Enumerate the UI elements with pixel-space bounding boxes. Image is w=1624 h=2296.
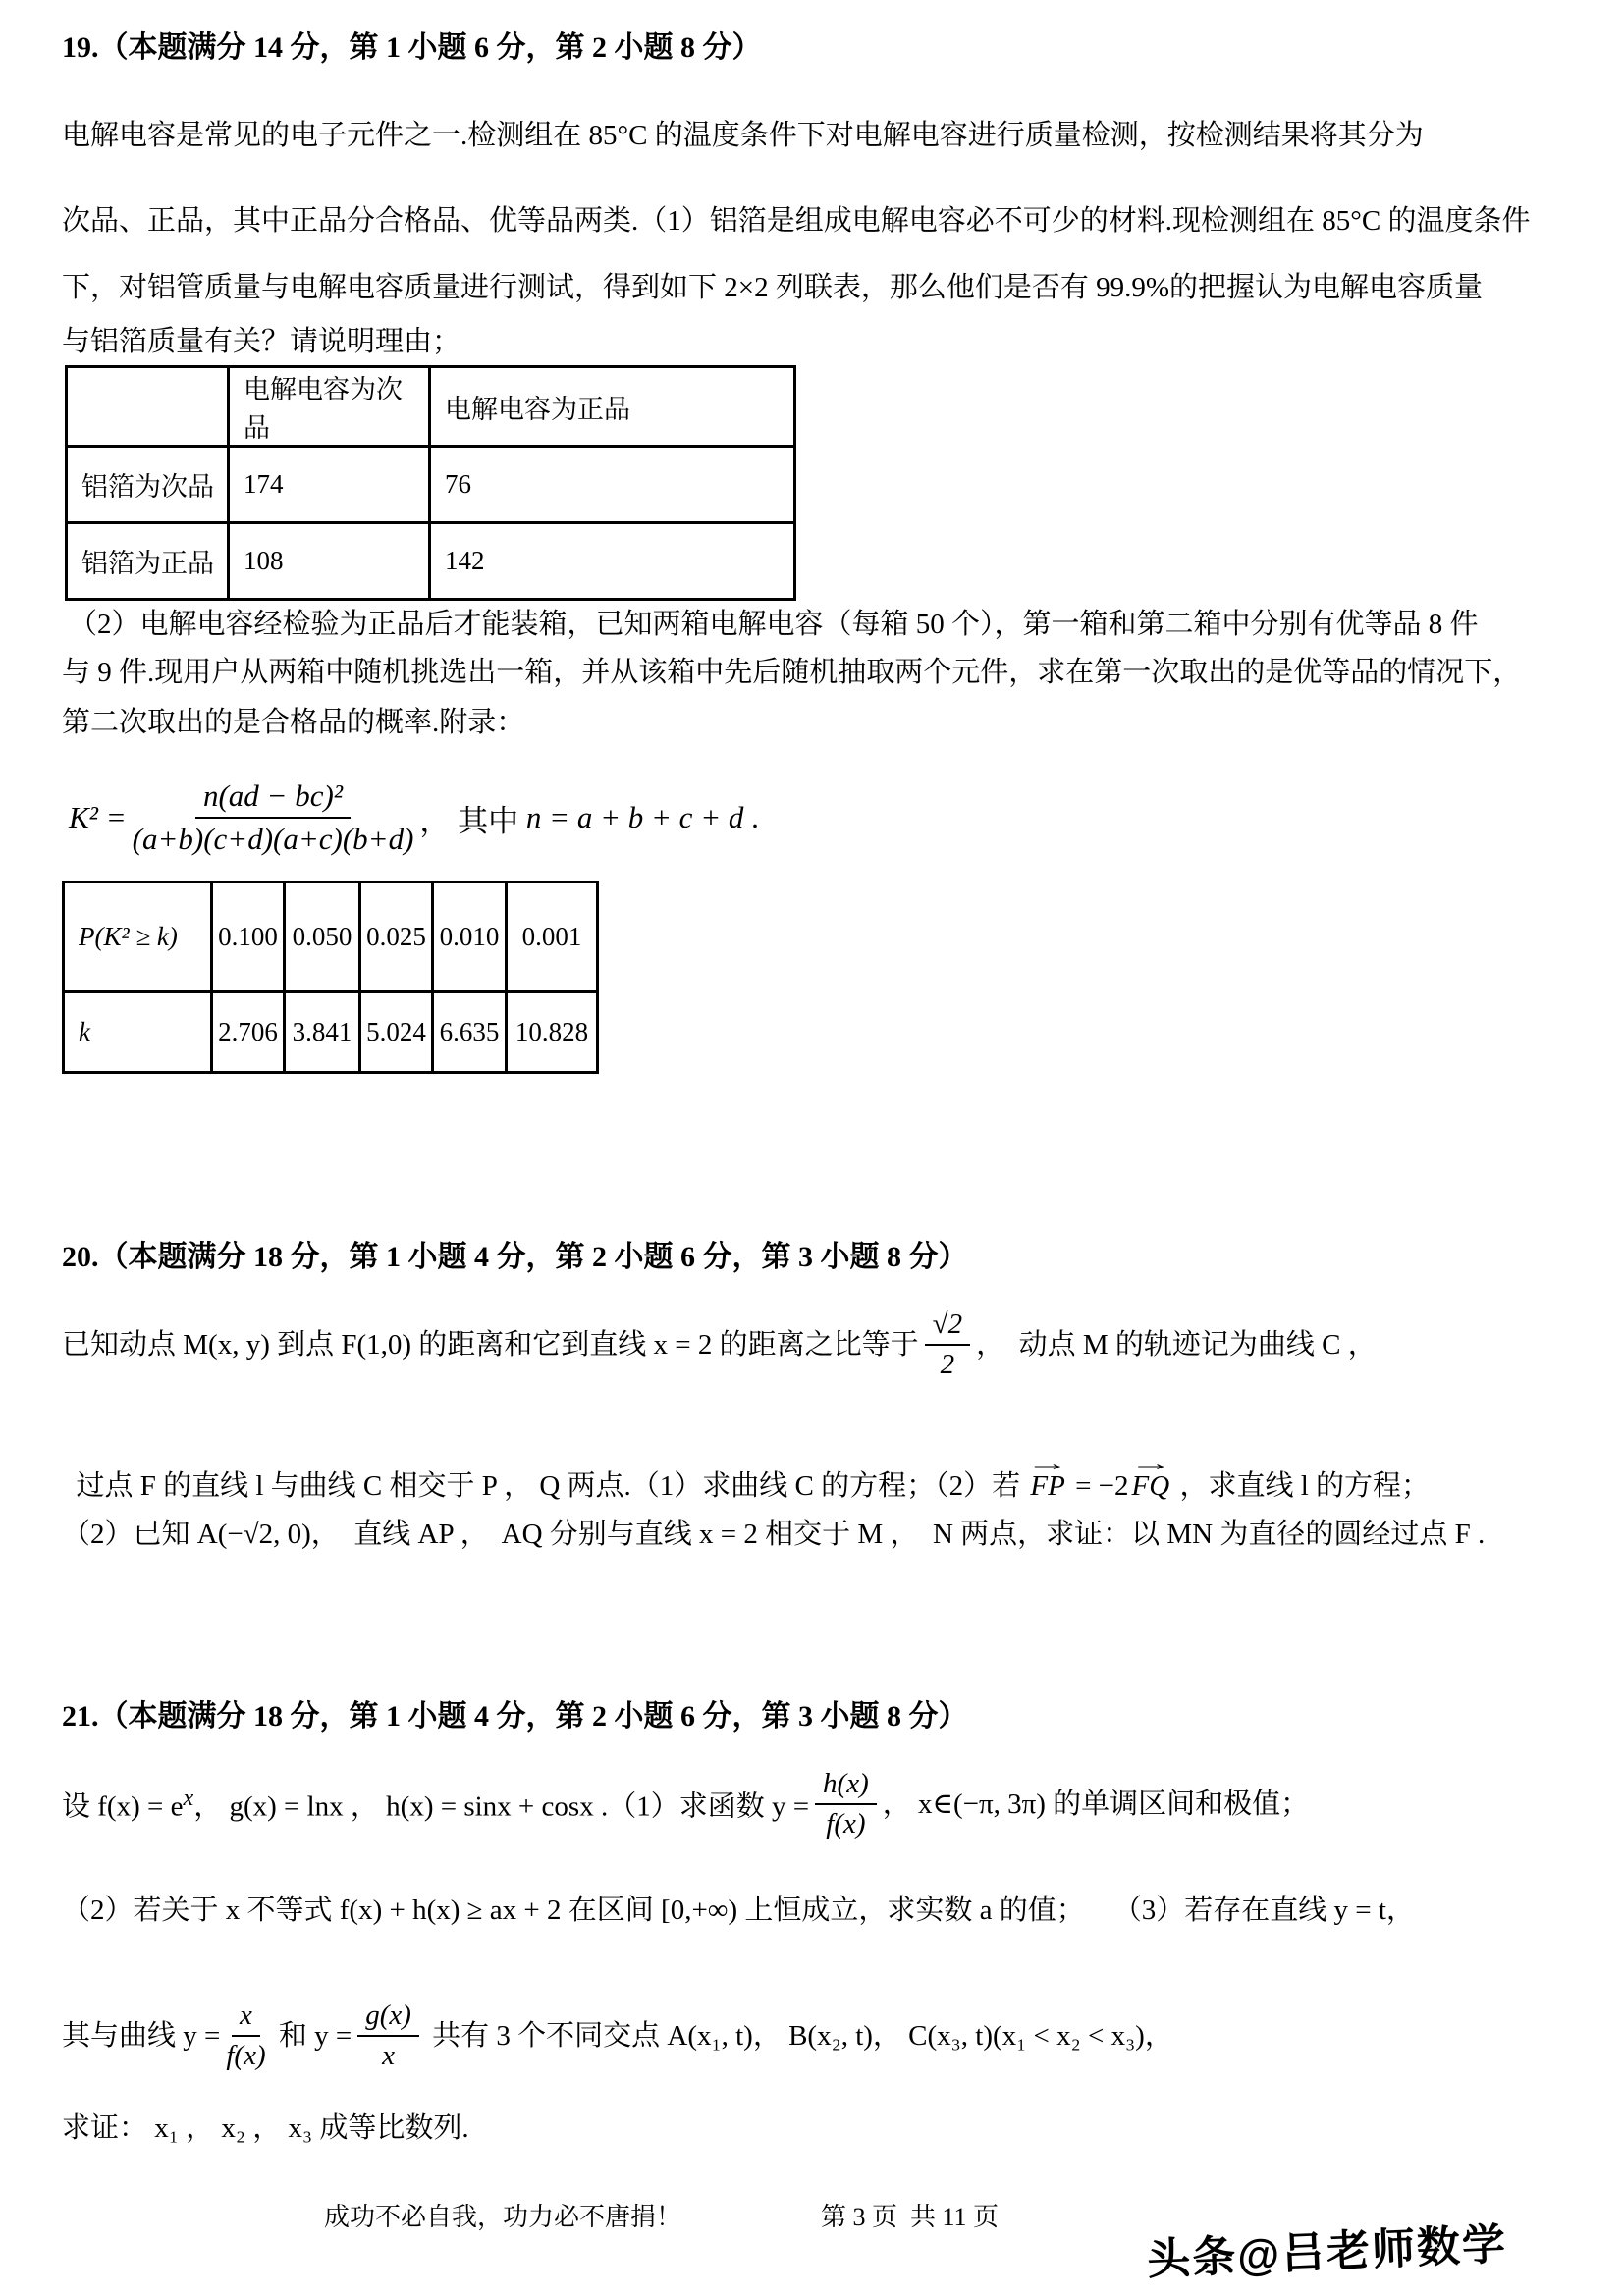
- q20-header: 20.（本题满分 18 分，第 1 小题 4 分，第 2 小题 6 分，第 3 …: [62, 1239, 968, 1276]
- formula-numerator: n(ad − bc)²: [195, 778, 351, 819]
- q21-line1: 设 f(x) = ex， g(x) = lnx ， h(x) = sinx + …: [62, 1761, 1309, 1847]
- text-segment: ， x∈(−π, 3π) 的单调区间和极值；: [883, 1787, 1309, 1822]
- text-segment: 其与曲线 y =: [62, 2018, 220, 2054]
- table-corner-cell: [67, 367, 229, 447]
- q21-line4: 求证： x₁ ， x₂ ， x₃ 成等比数列.: [62, 2110, 469, 2146]
- fraction-denominator: f(x): [226, 2037, 265, 2072]
- text-segment: ， g(x) = lnx ， h(x) = sinx + cosx .（1）求函…: [193, 1791, 809, 1823]
- q20-line3: （2）已知 A(−√2, 0)， 直线 AP ， AQ 分别与直线 x = 2 …: [62, 1517, 1485, 1552]
- cell-value: 76: [430, 447, 795, 523]
- k-value: 10.828: [507, 992, 598, 1073]
- text-segment: ， 动点 M 的轨迹记为曲线 C ，: [976, 1327, 1377, 1362]
- k-value: 2.706: [212, 992, 285, 1073]
- p-k-squared-label: P(K² ≥ k): [64, 882, 212, 992]
- q19-header: 19.（本题满分 14 分，第 1 小题 6 分，第 2 小题 8 分）: [62, 29, 762, 67]
- formula-denominator: (a+b)(c+d)(a+c)(b+d): [133, 819, 414, 857]
- prob-value: 0.100: [212, 882, 285, 992]
- text-segment: 和 y =: [272, 2018, 352, 2054]
- text-segment: 过点 F 的直线 l 与曲线 C 相交于 P ， Q 两点.（1）求曲线 C 的…: [77, 1470, 1028, 1502]
- fraction-numerator: x: [232, 2000, 260, 2037]
- q20-line1: 已知动点 M(x, y) 到点 F(1,0) 的距离和它到直线 x = 2 的距…: [62, 1302, 1377, 1388]
- hx-over-fx-fraction: h(x) f(x): [815, 1768, 877, 1842]
- k-value: 5.024: [360, 992, 433, 1073]
- exam-page: { "symbols": { "arrow": "→" }, "q19": { …: [0, 0, 1624, 2296]
- text-segment: 设 f(x) = ex， g(x) = lnx ， h(x) = sinx + …: [62, 1784, 809, 1825]
- footer-motto: 成功不必自我，功力必不唐捐！: [324, 2197, 681, 2233]
- exponent-x: x: [183, 1785, 193, 1811]
- q21-header: 21.（本题满分 18 分，第 1 小题 4 分，第 2 小题 6 分，第 3 …: [62, 1698, 968, 1735]
- cell-value: 142: [430, 523, 795, 600]
- table-header-capacitor-good: 电解电容为正品: [430, 367, 795, 447]
- sqrt2-over-2-fraction: √2 2: [925, 1308, 970, 1382]
- fraction-numerator: h(x): [815, 1768, 877, 1805]
- q19-paragraph2-line2: 与 9 件.现用户从两箱中随机挑选出一箱，并从该箱中先后随机抽取两个元件，求在第…: [62, 655, 1521, 690]
- formula-lhs: K² =: [69, 800, 127, 835]
- table-row: 铝箔为正品 108 142: [67, 523, 795, 600]
- text-segment: ，求直线 l 的方程；: [1172, 1470, 1430, 1502]
- formula-tail-math: n = a + b + c + d: [526, 800, 743, 835]
- formula-fraction: n(ad − bc)² (a+b)(c+d)(a+c)(b+d): [133, 778, 414, 856]
- critical-value-table: P(K² ≥ k) 0.100 0.050 0.025 0.010 0.001 …: [62, 881, 599, 1074]
- q19-paragraph1-line1: 电解电容是常见的电子元件之一.检测组在 85°C 的温度条件下对电解电容进行质量…: [62, 118, 1424, 153]
- cell-value: 108: [229, 523, 430, 600]
- fraction-numerator: √2: [925, 1308, 970, 1346]
- watermark: 头条@吕老师数学: [1146, 2209, 1508, 2287]
- text-segment: 共有 3 个不同交点 A(x₁, t)， B(x₂, t)， C(x₃, t)(…: [425, 2018, 1173, 2054]
- fraction-denominator: x: [382, 2037, 395, 2072]
- table-row: 电解电容为次品 电解电容为正品: [67, 367, 795, 447]
- table-header-capacitor-defective: 电解电容为次品: [229, 367, 430, 447]
- k-value: 6.635: [433, 992, 507, 1073]
- row-label-foil-defective: 铝箔为次品: [67, 447, 229, 523]
- table-row: 铝箔为次品 174 76: [67, 447, 795, 523]
- prob-value: 0.001: [507, 882, 598, 992]
- q20-line2: 过点 F 的直线 l 与曲线 C 相交于 P ， Q 两点.（1）求曲线 C 的…: [62, 1433, 1430, 1505]
- vector-FP: →FP: [1030, 1468, 1064, 1504]
- k-value: 3.841: [285, 992, 360, 1073]
- footer-page-number: 第 3 页 共 11 页: [821, 2197, 999, 2233]
- table-row: k 2.706 3.841 5.024 6.635 10.828: [64, 992, 598, 1073]
- row-label-foil-good: 铝箔为正品: [67, 523, 229, 600]
- formula-tail-period: .: [743, 800, 759, 835]
- cell-value: 174: [229, 447, 430, 523]
- q19-paragraph2-line3: 第二次取出的是合格品的概率.附录：: [62, 705, 524, 740]
- q19-paragraph1-line3: 下，对铝管质量与电解电容质量进行测试，得到如下 2×2 列联表，那么他们是否有 …: [62, 270, 1483, 305]
- prob-value: 0.050: [285, 882, 360, 992]
- x-over-fx-fraction: x f(x): [226, 2000, 265, 2073]
- k-squared-formula: K² = n(ad − bc)² (a+b)(c+d)(a+c)(b+d) ， …: [69, 764, 759, 872]
- formula-tail-text: ， 其中: [419, 796, 526, 840]
- table-row: P(K² ≥ k) 0.100 0.050 0.025 0.010 0.001: [64, 882, 598, 992]
- gx-over-x-fraction: g(x) x: [357, 2000, 419, 2073]
- q19-paragraph2-line1: （2）电解电容经检验为正品后才能装箱，已知两箱电解电容（每箱 50 个），第一箱…: [69, 607, 1479, 642]
- q21-line2: （2）若关于 x 不等式 f(x) + h(x) ≥ ax + 2 在区间 [0…: [62, 1893, 1415, 1928]
- vector-arrow-icon: →: [1114, 1450, 1186, 1478]
- prob-value: 0.025: [360, 882, 433, 992]
- fraction-denominator: f(x): [826, 1805, 865, 1841]
- q21-line3: 其与曲线 y = x f(x) 和 y = g(x) x 共有 3 个不同交点 …: [62, 1991, 1173, 2081]
- prob-value: 0.010: [433, 882, 507, 992]
- q19-paragraph1-line2: 次品、正品，其中正品分合格品、优等品两类.（1）铝箔是组成电解电容必不可少的材料…: [62, 203, 1530, 239]
- text-segment: 已知动点 M(x, y) 到点 F(1,0) 的距离和它到直线 x = 2 的距…: [62, 1327, 919, 1362]
- text-segment: 设 f(x) = e: [62, 1791, 183, 1823]
- vector-FQ: →FQ: [1132, 1468, 1170, 1504]
- vector-arrow-icon: →: [1014, 1450, 1080, 1478]
- k-label: k: [64, 992, 212, 1073]
- q19-paragraph1-line4: 与铝箔质量有关？请说明理由；: [62, 324, 460, 359]
- fraction-numerator: g(x): [357, 2000, 419, 2037]
- contingency-table: 电解电容为次品 电解电容为正品 铝箔为次品 174 76 铝箔为正品 108 1…: [65, 365, 796, 601]
- fraction-denominator: 2: [941, 1346, 955, 1381]
